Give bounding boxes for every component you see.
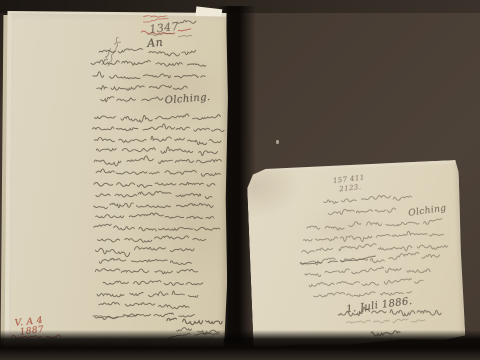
place-olching: Olching [408, 203, 447, 218]
left-page-paper: 1347AnOlching.V. A 41887 [9, 13, 230, 349]
board-bottom-shadow-band [0, 330, 480, 360]
date-line: 1. Juli 1886. [346, 296, 413, 315]
right-page-legible-text: 157 4112123.Olching1. Juli 1886. [246, 160, 465, 352]
place-olching: Olching. [164, 92, 211, 107]
number-line-2: 2123. [339, 183, 362, 193]
registry-number: 1347 [149, 20, 180, 36]
archival-photo: 1347AnOlching.V. A 41887 157 4112123.Olc… [0, 0, 480, 360]
right-manuscript-note: 157 4112123.Olching1. Juli 1886. [246, 160, 465, 352]
right-page-paper: 157 4112123.Olching1. Juli 1886. [246, 160, 465, 352]
left-manuscript-page: 1347AnOlching.V. A 41887 [0, 9, 236, 357]
dust-speck [276, 140, 279, 144]
heading-an: An [147, 36, 164, 50]
left-page-legible-text: 1347AnOlching.V. A 41887 [9, 13, 230, 349]
